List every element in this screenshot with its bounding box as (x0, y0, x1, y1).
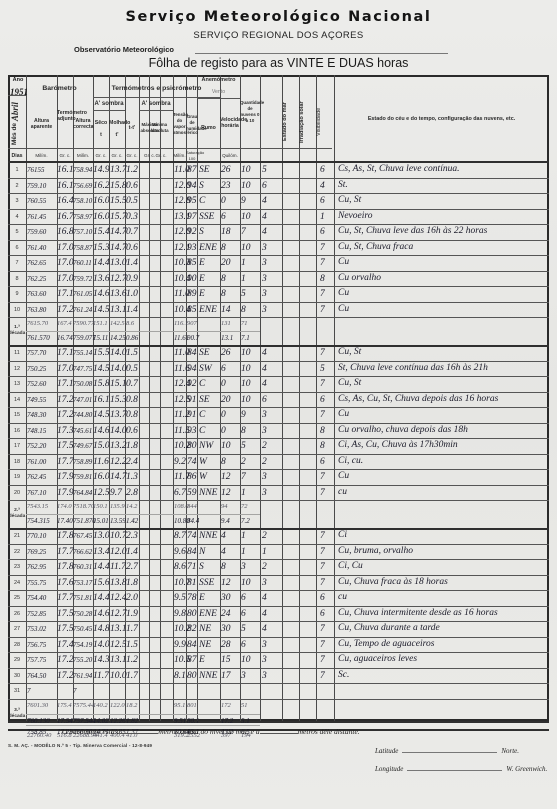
summary-mean-n: 7.2 (241, 516, 250, 526)
cell-t: 15.3 (93, 243, 110, 253)
sky-remarks: cu (338, 592, 347, 602)
cell-u: 59 (187, 488, 197, 498)
cell-u: 74 (187, 531, 197, 541)
cell-u: 81 (187, 578, 197, 588)
cell-pc: 750.45 (73, 624, 92, 634)
sky-remarks: Ci, cu. (338, 456, 363, 466)
cell-v: 0 (221, 196, 226, 206)
summary-total-u: 801 (187, 701, 197, 711)
cell-sea: 3 (262, 305, 267, 315)
grid-line (8, 376, 549, 377)
cell-pc: 747.01 (73, 395, 92, 405)
sky-remarks: Cu (338, 409, 349, 419)
cell-u: 71 (187, 562, 197, 572)
cell-press: 759.10 (27, 181, 46, 191)
cell-t: 16.2 (93, 181, 110, 191)
cell-t: 13.0 (93, 531, 110, 541)
grid-line (8, 544, 549, 545)
col-irradiacao: Irradiação solar (299, 92, 316, 152)
cell-sea: 3 (262, 655, 267, 665)
cell-pc: 760.31 (73, 562, 92, 572)
cell-tw: 12.7 (110, 609, 127, 619)
grid-line (8, 240, 549, 241)
summary-total-tw: 135.9 (110, 502, 125, 512)
cell-ta: 17.9 (57, 472, 74, 482)
cell-tw: 12.4 (110, 593, 127, 603)
cell-v: 30 (221, 624, 231, 634)
grid-line (299, 75, 300, 721)
cell-e: 9.9 (174, 640, 186, 650)
cell-v: 23 (221, 181, 231, 191)
day-number: 16 (8, 428, 26, 434)
unit-altura-correcta: Milím. (73, 153, 93, 159)
sky-remarks: Cu, Chuva intermitente desde as 16 horas (338, 608, 498, 618)
grid-line (160, 75, 161, 721)
cell-dir: NE (199, 640, 211, 650)
summary-total-n: 72 (241, 502, 248, 512)
day-number: 7 (8, 260, 26, 266)
day-number: 23 (8, 564, 26, 570)
page-subtitle: SERVIÇO REGIONAL DOS AÇORES (0, 30, 557, 41)
cell-dir: E (199, 655, 205, 665)
cell-visibility: 8 (320, 441, 325, 451)
cell-dt: 0.7 (126, 227, 138, 237)
cell-ta: 17.5 (57, 441, 74, 451)
cell-press: 752.60 (27, 379, 46, 389)
cell-sea: 3 (262, 578, 267, 588)
grid-line (197, 75, 198, 721)
longitude-row: LongitudeW. Greenwich. (375, 765, 547, 773)
cell-visibility: 4 (320, 181, 325, 191)
grid-line (282, 75, 283, 721)
summary-total-press: 7615.70 (27, 319, 48, 329)
grid-line (8, 193, 549, 194)
cell-sea: 2 (262, 457, 267, 467)
cell-dt: 1.4 (126, 547, 138, 557)
cell-sea: 3 (262, 426, 267, 436)
cell-dt: 1.5 (126, 640, 138, 650)
sky-remarks: Cu, Tempo de aguaceiros (338, 639, 434, 649)
cell-u: 93 (187, 243, 197, 253)
cell-press: 750.25 (27, 364, 46, 374)
cell-press: 767.10 (27, 488, 46, 498)
cell-u: 85 (187, 305, 197, 315)
summary-total-press: 7601.30 (27, 701, 48, 711)
cell-visibility: 1 (320, 212, 325, 222)
cell-ta: 17.2 (57, 671, 74, 681)
summary-mean-ta: 16.74 (57, 333, 73, 343)
cell-sea: 3 (262, 488, 267, 498)
cell-sea: 3 (262, 289, 267, 299)
cell-dir: SSE (199, 578, 214, 588)
summary-total-tw: 122.0 (110, 701, 125, 711)
cell-dt: 1.2 (126, 165, 138, 175)
day-number: 5 (8, 229, 26, 235)
cell-pc: 759.72 (73, 274, 92, 284)
cell-dt: 2.8 (126, 488, 138, 498)
cell-visibility: 6 (320, 593, 325, 603)
cell-v: 20 (221, 395, 231, 405)
cell-v: 4 (221, 531, 226, 541)
cell-visibility: 8 (320, 426, 325, 436)
cell-t: 14.4 (93, 258, 110, 268)
cell-u: 80 (187, 671, 197, 681)
cell-n: 9 (241, 196, 246, 206)
cell-dir: SE (199, 165, 210, 175)
summary-mean-press: 754.315 (27, 516, 50, 526)
summary-total-dt: 18.2 (126, 701, 137, 711)
unit-t-diff: Gr. c. (125, 153, 139, 159)
cell-press: 757.75 (27, 655, 46, 665)
summary-mean-press: 760.130 (27, 716, 50, 726)
cell-visibility: 7 (320, 655, 325, 665)
cell-dt: 1.2 (126, 655, 138, 665)
barometer-note: O barómetro está ametros acima do nivel … (62, 727, 360, 736)
cell-v: 26 (221, 165, 231, 175)
cell-v: 8 (221, 243, 226, 253)
cell-n: 1 (241, 547, 246, 557)
cell-dt: 1.5 (126, 348, 138, 358)
grid-line (8, 438, 549, 439)
cell-visibility: 6 (320, 165, 325, 175)
cell-tw: 15.5 (110, 196, 127, 206)
cell-ta: 16.7 (57, 212, 74, 222)
cell-dt: 1.7 (126, 671, 138, 681)
observatory-label: Observatório Meteorológico (74, 45, 174, 54)
cell-dt: 1.9 (126, 609, 138, 619)
summary-mean-press: 761.570 (27, 333, 50, 343)
cell-press: 76155 (27, 165, 45, 175)
cell-visibility: 5 (320, 364, 325, 374)
unit-altura-aparente: Milím. (26, 153, 57, 159)
grid-line (8, 683, 549, 684)
cell-dir: NNE (199, 531, 217, 541)
day-number: 14 (8, 397, 26, 403)
cell-v: 6 (221, 364, 226, 374)
summary-total-ta: 167.4 (57, 319, 72, 329)
cell-v: 14 (221, 305, 231, 315)
shade-header-2: A' sombra (139, 100, 173, 108)
cell-ta: 17.7 (57, 593, 74, 603)
sky-remarks: cu (338, 487, 347, 497)
cell-ta: 17.2 (57, 395, 74, 405)
cell-t: 16.0 (93, 212, 110, 222)
cell-ta: 17.5 (57, 609, 74, 619)
summary-mean-v: 9.4 (221, 516, 230, 526)
day-number: 17 (8, 443, 26, 449)
sky-remarks: Cu (338, 257, 349, 267)
cell-press: 764.50 (27, 671, 46, 681)
grid-line (260, 75, 261, 721)
cell-dir: S (199, 562, 204, 572)
cell-pc: 7 (73, 686, 77, 696)
sheet-title: Fôlha de registo para as VINTE E DUAS ho… (0, 56, 557, 70)
grid-line (8, 500, 549, 501)
cell-tw: 14.7 (110, 243, 127, 253)
cell-t: 14.4 (93, 593, 110, 603)
barometer-header: Barómetro (26, 85, 93, 93)
cell-dir: W (199, 472, 207, 482)
cell-dir: W (199, 457, 207, 467)
unit-humidade: Saturação 100 (186, 150, 198, 162)
cell-ta: 17.9 (57, 488, 74, 498)
sky-remarks: Ci, As, Cu, Chuva às 17h30min (338, 440, 458, 450)
summary-mean-u: 80.1 (187, 716, 199, 726)
cell-visibility: 7 (320, 258, 325, 268)
altitude-field[interactable] (120, 733, 158, 734)
cell-dir: SE (199, 395, 210, 405)
cell-dir: N (199, 547, 205, 557)
cell-pc: 750.28 (73, 609, 92, 619)
summary-mean-u: 90.7 (187, 333, 199, 343)
grid-line (8, 590, 549, 591)
cell-dir: ENE (199, 609, 217, 619)
cell-pc: 757.10 (73, 227, 92, 237)
day-number: 27 (8, 626, 26, 632)
cell-dir: NE (199, 624, 211, 634)
form-model-label: S. M. AÇ. - MODÊLO N.º 5 - Tip. Minerva … (8, 743, 152, 748)
cell-t: 16.1 (93, 395, 110, 405)
cell-tw: 13.8 (110, 578, 127, 588)
cell-u: 87 (187, 165, 197, 175)
summary-mean-e: 9.51 (174, 716, 186, 726)
summary-total-ta: 175.4 (57, 701, 72, 711)
cell-v: 12 (221, 472, 231, 482)
latitude-field[interactable] (402, 752, 497, 753)
cell-u: 92 (187, 379, 197, 389)
grid-line (8, 559, 549, 560)
cell-press: 762.65 (27, 258, 46, 268)
cell-n: 1 (241, 531, 246, 541)
col-rumo: Rumo (197, 125, 220, 131)
col-altura-aparente: Altura aparente (26, 118, 57, 130)
summary-total-t: 151.1 (93, 319, 108, 329)
day-number: 22 (8, 549, 26, 555)
sky-remarks: Cu (338, 471, 349, 481)
cell-visibility: 7 (320, 578, 325, 588)
longitude-field[interactable] (407, 770, 502, 771)
cell-sea: 4 (262, 227, 267, 237)
sky-remarks: Cu, aguaceiros leves (338, 654, 417, 664)
cell-dir: NNE (199, 671, 217, 681)
cell-press: 760.55 (27, 196, 46, 206)
cell-ta: 17.8 (57, 531, 74, 541)
cell-tw: 13.7 (110, 410, 127, 420)
cell-n: 10 (241, 379, 251, 389)
cell-t: 16.0 (93, 196, 110, 206)
cell-u: 86 (187, 472, 197, 482)
day-number: 1 (8, 167, 26, 173)
cell-tw: 12.7 (110, 274, 127, 284)
cell-pc: 758.10 (73, 196, 92, 206)
sky-remarks: Cu, St, Chuva leve das 16h às 22 horas (338, 226, 487, 236)
sky-remarks: Cu, St (338, 347, 361, 357)
cell-dir: SE (199, 348, 210, 358)
cell-pc: 756.69 (73, 181, 92, 191)
cell-dt: 1.4 (126, 305, 138, 315)
day-number: 24 (8, 580, 26, 586)
day-number: 26 (8, 611, 26, 617)
cell-pc: 754.19 (73, 640, 92, 650)
cell-n: 8 (241, 426, 246, 436)
cell-visibility: 6 (320, 227, 325, 237)
summary-total-u: 844 (187, 502, 197, 512)
cell-t: 15.0 (93, 441, 110, 451)
sky-remarks: Ci (338, 530, 347, 540)
anemometer-header: Anemómetro (197, 77, 240, 83)
cell-press: 752.85 (27, 609, 46, 619)
cell-u: 85 (187, 258, 197, 268)
cell-visibility: 7 (320, 379, 325, 389)
cell-t: 12.5 (93, 488, 110, 498)
cell-ta: 17.0 (57, 258, 74, 268)
col-t-diff: t-t' (125, 125, 139, 131)
grid-line (8, 392, 549, 393)
summary-mean-t: 14.02 (93, 716, 109, 726)
cell-press: 755.75 (27, 578, 46, 588)
grid-line (8, 652, 549, 653)
cell-pc: 755.20 (73, 655, 92, 665)
cell-v: 0 (221, 410, 226, 420)
cell-u: 80 (187, 441, 197, 451)
cell-v: 18 (221, 227, 231, 237)
cell-pc: 761.24 (73, 305, 92, 315)
grid-line (8, 161, 549, 163)
summary-total-press: 7543.15 (27, 502, 48, 512)
grid-line (8, 407, 549, 408)
grid-line (8, 302, 549, 303)
cell-press: 7 (27, 686, 31, 696)
cell-u: 91 (187, 410, 197, 420)
cell-e: 6.7 (174, 488, 186, 498)
cell-t: 11.7 (93, 671, 109, 681)
cell-pc: 758.94 (73, 165, 92, 175)
cell-v: 0 (221, 426, 226, 436)
col-velocidade: Velocidade horária (220, 117, 240, 129)
day-number: 18 (8, 459, 26, 465)
cell-ta: 17.3 (57, 426, 74, 436)
cell-ta: 17.8 (57, 562, 74, 572)
cell-press: 761.45 (27, 212, 46, 222)
cell-dir: ENE (199, 305, 217, 315)
cell-dir: NNE (199, 488, 217, 498)
grid-line (8, 668, 549, 669)
cell-e: 8.1 (174, 671, 186, 681)
cell-v: 24 (221, 609, 231, 619)
cell-pc: 758.97 (73, 212, 92, 222)
cell-visibility: 7 (320, 289, 325, 299)
summary-total-pc: 7518.70 (73, 502, 94, 512)
cell-sea: 4 (262, 593, 267, 603)
cell-t: 14.6 (93, 289, 110, 299)
sky-remarks: St. (338, 180, 348, 190)
cell-v: 8 (221, 274, 226, 284)
observatory-field[interactable] (195, 53, 448, 54)
col-molhado: Molhadot' (109, 120, 125, 138)
cell-u: 95 (187, 196, 197, 206)
cell-pc: 766.62 (73, 547, 92, 557)
unit-minima: Gr. c. (149, 153, 173, 159)
grid-line (8, 255, 549, 256)
cell-tw: 13.0 (110, 258, 127, 268)
cell-sea: 2 (262, 441, 267, 451)
cell-pc: 749.67 (73, 441, 92, 451)
cell-n: 8 (241, 305, 246, 315)
cell-sea: 4 (262, 348, 267, 358)
cell-u: 89 (187, 289, 197, 299)
cell-dt: 0.3 (126, 212, 138, 222)
cell-tw: 14.7 (110, 472, 127, 482)
grid-line (8, 454, 549, 455)
grid-line (8, 178, 549, 179)
cell-dir: E (199, 274, 205, 284)
cell-n: 9 (241, 410, 246, 420)
cell-sea: 4 (262, 364, 267, 374)
cell-ta: 16.1 (57, 181, 74, 191)
cell-v: 6 (221, 212, 226, 222)
summary-total-e: 95.1 (174, 701, 185, 711)
cell-sea: 3 (262, 671, 267, 681)
col-estado-ceu: Estado do céu e do tempo, configuração d… (334, 116, 549, 122)
day-number: 8 (8, 276, 26, 282)
cell-tw: 13.6 (110, 289, 127, 299)
col-tensao: Tensão do vapor atmosférico (173, 112, 186, 136)
cell-tw: 13.1 (110, 305, 127, 315)
cell-n: 1 (241, 274, 246, 284)
cell-press: 759.60 (27, 227, 46, 237)
cell-t: 14.6 (93, 609, 110, 619)
cell-ta: 17.0 (57, 364, 74, 374)
cell-e: 9.5 (174, 593, 186, 603)
decade-label: 1.ª década (8, 325, 26, 337)
cell-sea: 3 (262, 472, 267, 482)
summary-mean-dt: 1.42 (126, 516, 138, 526)
distance-field[interactable] (260, 733, 298, 734)
summary-total-dt: 8.6 (126, 319, 134, 329)
cell-sea: 3 (262, 640, 267, 650)
grid-line (93, 110, 125, 111)
month-label: Mês de Abril (10, 102, 20, 146)
col-nuvens: Quantidade de nuvens 0 a 10 (240, 100, 260, 124)
cell-ta: 16.8 (57, 227, 74, 237)
cell-t: 13.6 (93, 274, 110, 284)
cell-pc: 758.89 (73, 457, 92, 467)
cell-tw: 15.1 (110, 379, 127, 389)
sky-remarks: Cu, bruma, orvalho (338, 546, 413, 556)
summary-mean-v: 17.2 (221, 716, 233, 726)
sky-remarks: Cu orvalho (338, 273, 381, 283)
cell-sea: 3 (262, 258, 267, 268)
cell-sea: 6 (262, 395, 267, 405)
grid-line (8, 345, 549, 347)
day-number: 30 (8, 673, 26, 679)
day-number: 2 (8, 183, 26, 189)
cell-ta: 17.2 (57, 655, 74, 665)
cell-dir: E (199, 593, 205, 603)
grid-line (8, 271, 549, 272)
summary-total-n: 51 (241, 701, 248, 711)
cell-sea: 4 (262, 196, 267, 206)
day-number: 20 (8, 490, 26, 496)
cell-dt: 0.8 (126, 410, 138, 420)
cell-dir: C (199, 410, 205, 420)
cell-pc: 767.45 (73, 531, 92, 541)
col-estado-mar: Estado do mar (282, 92, 299, 152)
grid-line (8, 606, 549, 607)
grid-line (8, 224, 549, 225)
summary-total-pc: 7575.44 (73, 701, 94, 711)
day-number: 15 (8, 412, 26, 418)
